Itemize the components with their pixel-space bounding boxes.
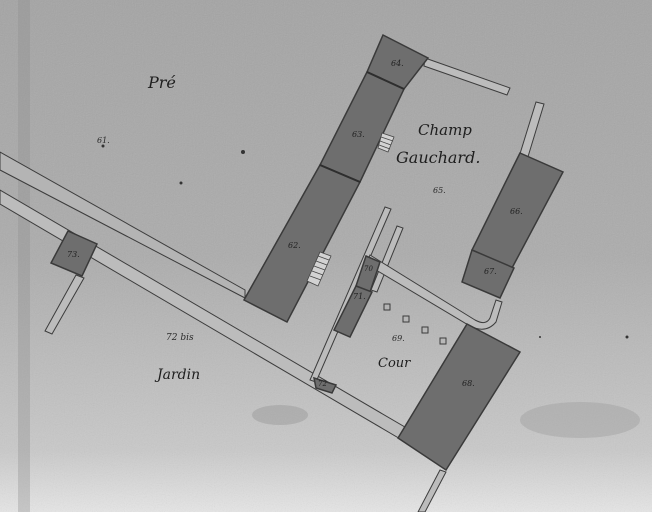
label-jardin: Jardin [157,368,200,382]
parcel-number-73: 73. [67,251,80,259]
parcel-number-63: 63. [352,131,365,139]
parcel-number-66: 66. [510,208,523,216]
parcel-number-71: 71. [353,293,366,301]
parcel-number-69: 69. [392,335,405,343]
parcel-number-62: 62. [288,242,301,250]
map-drawing [0,0,652,512]
parcel-number-72: 72 [318,381,327,388]
label-cour: Cour [378,357,410,370]
paper-crease [18,0,30,512]
parcel-number-68: 68. [462,380,475,388]
paper-stain [252,405,308,425]
paper-stain [520,402,640,438]
parcel-number-65: 65. [433,187,446,195]
parcel-number-64: 64. [391,60,404,68]
parcel-number-70: 70 [364,266,373,273]
cadastral-map: Pré Champ Gauchard. Cour Jardin 61. 62. … [0,0,652,512]
label-champ: Champ [418,123,472,138]
label-pre: Pré [148,75,176,91]
parcel-number-61: 61. [97,137,110,145]
label-gauchard: Gauchard. [396,150,480,166]
parcel-number-67: 67. [484,268,497,276]
parcel-number-72-bis: 72 bis [166,334,194,343]
